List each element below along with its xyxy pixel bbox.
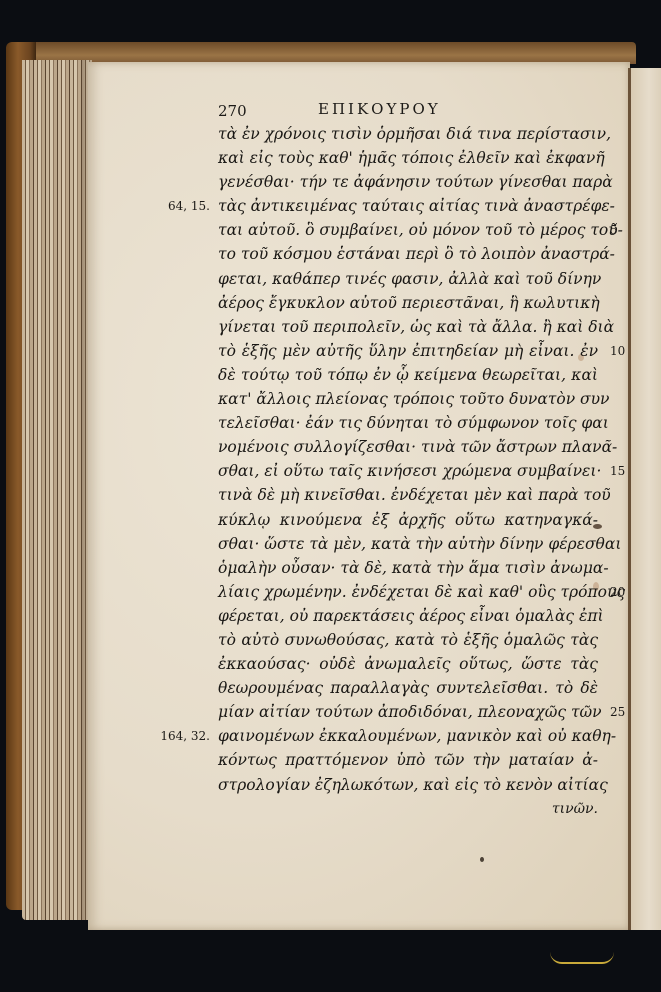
text-line: σθαι, εἰ οὕτω ταῖς κινήσεσι χρώμενα συμβ… (218, 459, 598, 483)
line-text: γενέσθαι· τήν τε ἀφάνησιν τούτων γίνεσθα… (218, 173, 613, 191)
line-text: φαινομένων ἐκκαλουμένων, μανικὸν καὶ οὐ … (218, 727, 616, 745)
line-number: 25 (610, 700, 625, 724)
text-line: τὸ ἑξῆς μὲν αὐτῆς ὕλην ἐπιτηδείαν μὴ εἶν… (218, 339, 598, 363)
line-text: γίνεται τοῦ περιπολεῖν, ὡς καὶ τὰ ἄλλα. … (218, 318, 614, 336)
line-number: 5 (610, 218, 618, 242)
text-line: τὸ αὐτὸ συνωθούσας, κατὰ τὸ ἑξῆς ὁμαλῶς … (218, 628, 598, 652)
text-line: 164, 32.φαινομένων ἐκκαλουμένων, μανικὸν… (218, 724, 598, 748)
line-text: κύκλῳ κινούμενα ἐξ ἀρχῆς οὕτω κατηναγκά- (218, 511, 598, 529)
line-text: μίαν αἰτίαν τούτων ἀποδιδόναι, πλεοναχῶς… (218, 703, 602, 721)
line-text: καὶ εἰς τοὺς καθ' ἡμᾶς τόποις ἐλθεῖν καὶ… (218, 149, 605, 167)
text-line: δὲ τούτῳ τοῦ τόπῳ ἐν ᾧ κείμενα θεωρεῖται… (218, 363, 598, 387)
text-line: θεωρουμένας παραλλαγὰς συντελεῖσθαι. τὸ … (218, 676, 598, 700)
bookmark-thread (550, 952, 614, 964)
line-number: 15 (610, 459, 625, 483)
text-line: ἐκκαούσας· οὐδὲ ἀνωμαλεῖς οὕτως, ὥστε τὰ… (218, 652, 598, 676)
page-number: 270 (218, 102, 247, 120)
line-text: κόντως πραττόμενον ὑπὸ τῶν τὴν ματαίαν ἀ… (218, 751, 598, 769)
running-head: 270 ΕΠΙΚΟΥΡΟΥ (218, 100, 478, 122)
text-line: στρολογίαν ἐζηλωκότων, καὶ εἰς τὸ κενὸν … (218, 773, 598, 797)
line-text: ται αὐτοῦ. ὃ συμβαίνει, οὐ μόνον τοῦ τὸ … (218, 221, 623, 239)
line-text: ἀέρος ἔγκυκλον αὐτοῦ περιεστᾶναι, ἣ κωλυ… (218, 294, 600, 312)
line-text: θεωρουμένας παραλλαγὰς συντελεῖσθαι. τὸ … (218, 679, 598, 697)
line-text: σθαι, εἰ οὕτω ταῖς κινήσεσι χρώμενα συμβ… (218, 462, 601, 480)
running-title: ΕΠΙΚΟΥΡΟΥ (318, 100, 441, 118)
line-text: τὸ ἑξῆς μὲν αὐτῆς ὕλην ἐπιτηδείαν μὴ εἶν… (218, 342, 598, 360)
line-text: τινῶν. (552, 801, 598, 817)
text-line: κόντως πραττόμενον ὑπὸ τῶν τὴν ματαίαν ἀ… (218, 748, 598, 772)
text-line: σθαι· ὥστε τὰ μὲν, κατὰ τὴν αὐτὴν δίνην … (218, 532, 598, 556)
text-line: φεται, καθάπερ τινές φασιν, ἀλλὰ καὶ τοῦ… (218, 267, 598, 291)
text-line: ται αὐτοῦ. ὃ συμβαίνει, οὐ μόνον τοῦ τὸ … (218, 218, 598, 242)
text-line: κατ' ἄλλοις πλείονας τρόποις τοῦτο δυνατ… (218, 387, 598, 411)
line-text: κατ' ἄλλοις πλείονας τρόποις τοῦτο δυνατ… (218, 390, 609, 408)
text-line: τινὰ δὲ μὴ κινεῖσθαι. ἐνδέχεται μὲν καὶ … (218, 483, 598, 507)
text-block: τὰ ἐν χρόνοις τισὶν ὁρμῆσαι διά τινα περ… (218, 122, 598, 821)
line-text: ὁμαλὴν οὖσαν· τὰ δὲ, κατὰ τὴν ἅμα τισὶν … (218, 559, 609, 577)
text-line: λίαις χρωμένην. ἐνδέχεται δὲ καὶ καθ' οὓ… (218, 580, 598, 604)
line-text: νομένοις συλλογίζεσθαι· τινὰ τῶν ἄστρων … (218, 438, 617, 456)
text-line: μίαν αἰτίαν τούτων ἀποδιδόναι, πλεοναχῶς… (218, 700, 598, 724)
text-line: 64, 15.τὰς ἀντικειμένας ταύταις αἰτίας τ… (218, 194, 598, 218)
line-text: δὲ τούτῳ τοῦ τόπῳ ἐν ᾧ κείμενα θεωρεῖται… (218, 366, 598, 384)
line-text: τὸ αὐτὸ συνωθούσας, κατὰ τὸ ἑξῆς ὁμαλῶς … (218, 631, 598, 649)
line-text: σθαι· ὥστε τὰ μὲν, κατὰ τὴν αὐτὴν δίνην … (218, 535, 621, 553)
line-text: το τοῦ κόσμου ἑστάναι περὶ ὃ τὸ λοιπὸν ἀ… (218, 245, 615, 263)
page-stack-edges (22, 60, 92, 920)
text-line: γίνεται τοῦ περιπολεῖν, ὡς καὶ τὰ ἄλλα. … (218, 315, 598, 339)
text-line: καὶ εἰς τοὺς καθ' ἡμᾶς τόποις ἐλθεῖν καὶ… (218, 146, 598, 170)
text-line: κύκλῳ κινούμενα ἐξ ἀρχῆς οὕτω κατηναγκά- (218, 508, 598, 532)
facing-page-edge (631, 68, 661, 930)
line-number: 10 (610, 339, 625, 363)
line-text: τελεῖσθαι· ἐάν τις δύνηται τὸ σύμφωνον τ… (218, 414, 609, 432)
line-text: ἐκκαούσας· οὐδὲ ἀνωμαλεῖς οὕτως, ὥστε τὰ… (218, 655, 598, 673)
line-text: λίαις χρωμένην. ἐνδέχεται δὲ καὶ καθ' οὓ… (218, 583, 625, 601)
ink-spot (480, 857, 484, 862)
line-text: φεται, καθάπερ τινές φασιν, ἀλλὰ καὶ τοῦ… (218, 270, 601, 288)
text-line: το τοῦ κόσμου ἑστάναι περὶ ὃ τὸ λοιπὸν ἀ… (218, 242, 598, 266)
line-text: στρολογίαν ἐζηλωκότων, καὶ εἰς τὸ κενὸν … (218, 776, 608, 794)
book-photo: 270 ΕΠΙΚΟΥΡΟΥ τὰ ἐν χρόνοις τισὶν ὁρμῆσα… (0, 0, 661, 992)
text-line: ὁμαλὴν οὖσαν· τὰ δὲ, κατὰ τὴν ἅμα τισὶν … (218, 556, 598, 580)
line-text: φέρεται, οὐ παρεκτάσεις ἀέρος εἶναι ὁμαλ… (218, 607, 604, 625)
text-line: γενέσθαι· τήν τε ἀφάνησιν τούτων γίνεσθα… (218, 170, 598, 194)
text-line: ἀέρος ἔγκυκλον αὐτοῦ περιεστᾶναι, ἣ κωλυ… (218, 291, 598, 315)
text-line: φέρεται, οὐ παρεκτάσεις ἀέρος εἶναι ὁμαλ… (218, 604, 598, 628)
line-text: τὰς ἀντικειμένας ταύταις αἰτίας τινὰ ἀνα… (218, 197, 615, 215)
line-number: 20 (610, 580, 625, 604)
text-line: τινῶν. (218, 797, 598, 821)
margin-reference: 64, 15. (168, 194, 210, 218)
line-text: τὰ ἐν χρόνοις τισὶν ὁρμῆσαι διά τινα περ… (218, 125, 611, 143)
line-text: τινὰ δὲ μὴ κινεῖσθαι. ἐνδέχεται μὲν καὶ … (218, 486, 611, 504)
text-line: τὰ ἐν χρόνοις τισὶν ὁρμῆσαι διά τινα περ… (218, 122, 598, 146)
text-line: τελεῖσθαι· ἐάν τις δύνηται τὸ σύμφωνον τ… (218, 411, 598, 435)
book-cover-top-edge (16, 42, 636, 64)
text-line: νομένοις συλλογίζεσθαι· τινὰ τῶν ἄστρων … (218, 435, 598, 459)
margin-reference: 164, 32. (160, 724, 210, 748)
